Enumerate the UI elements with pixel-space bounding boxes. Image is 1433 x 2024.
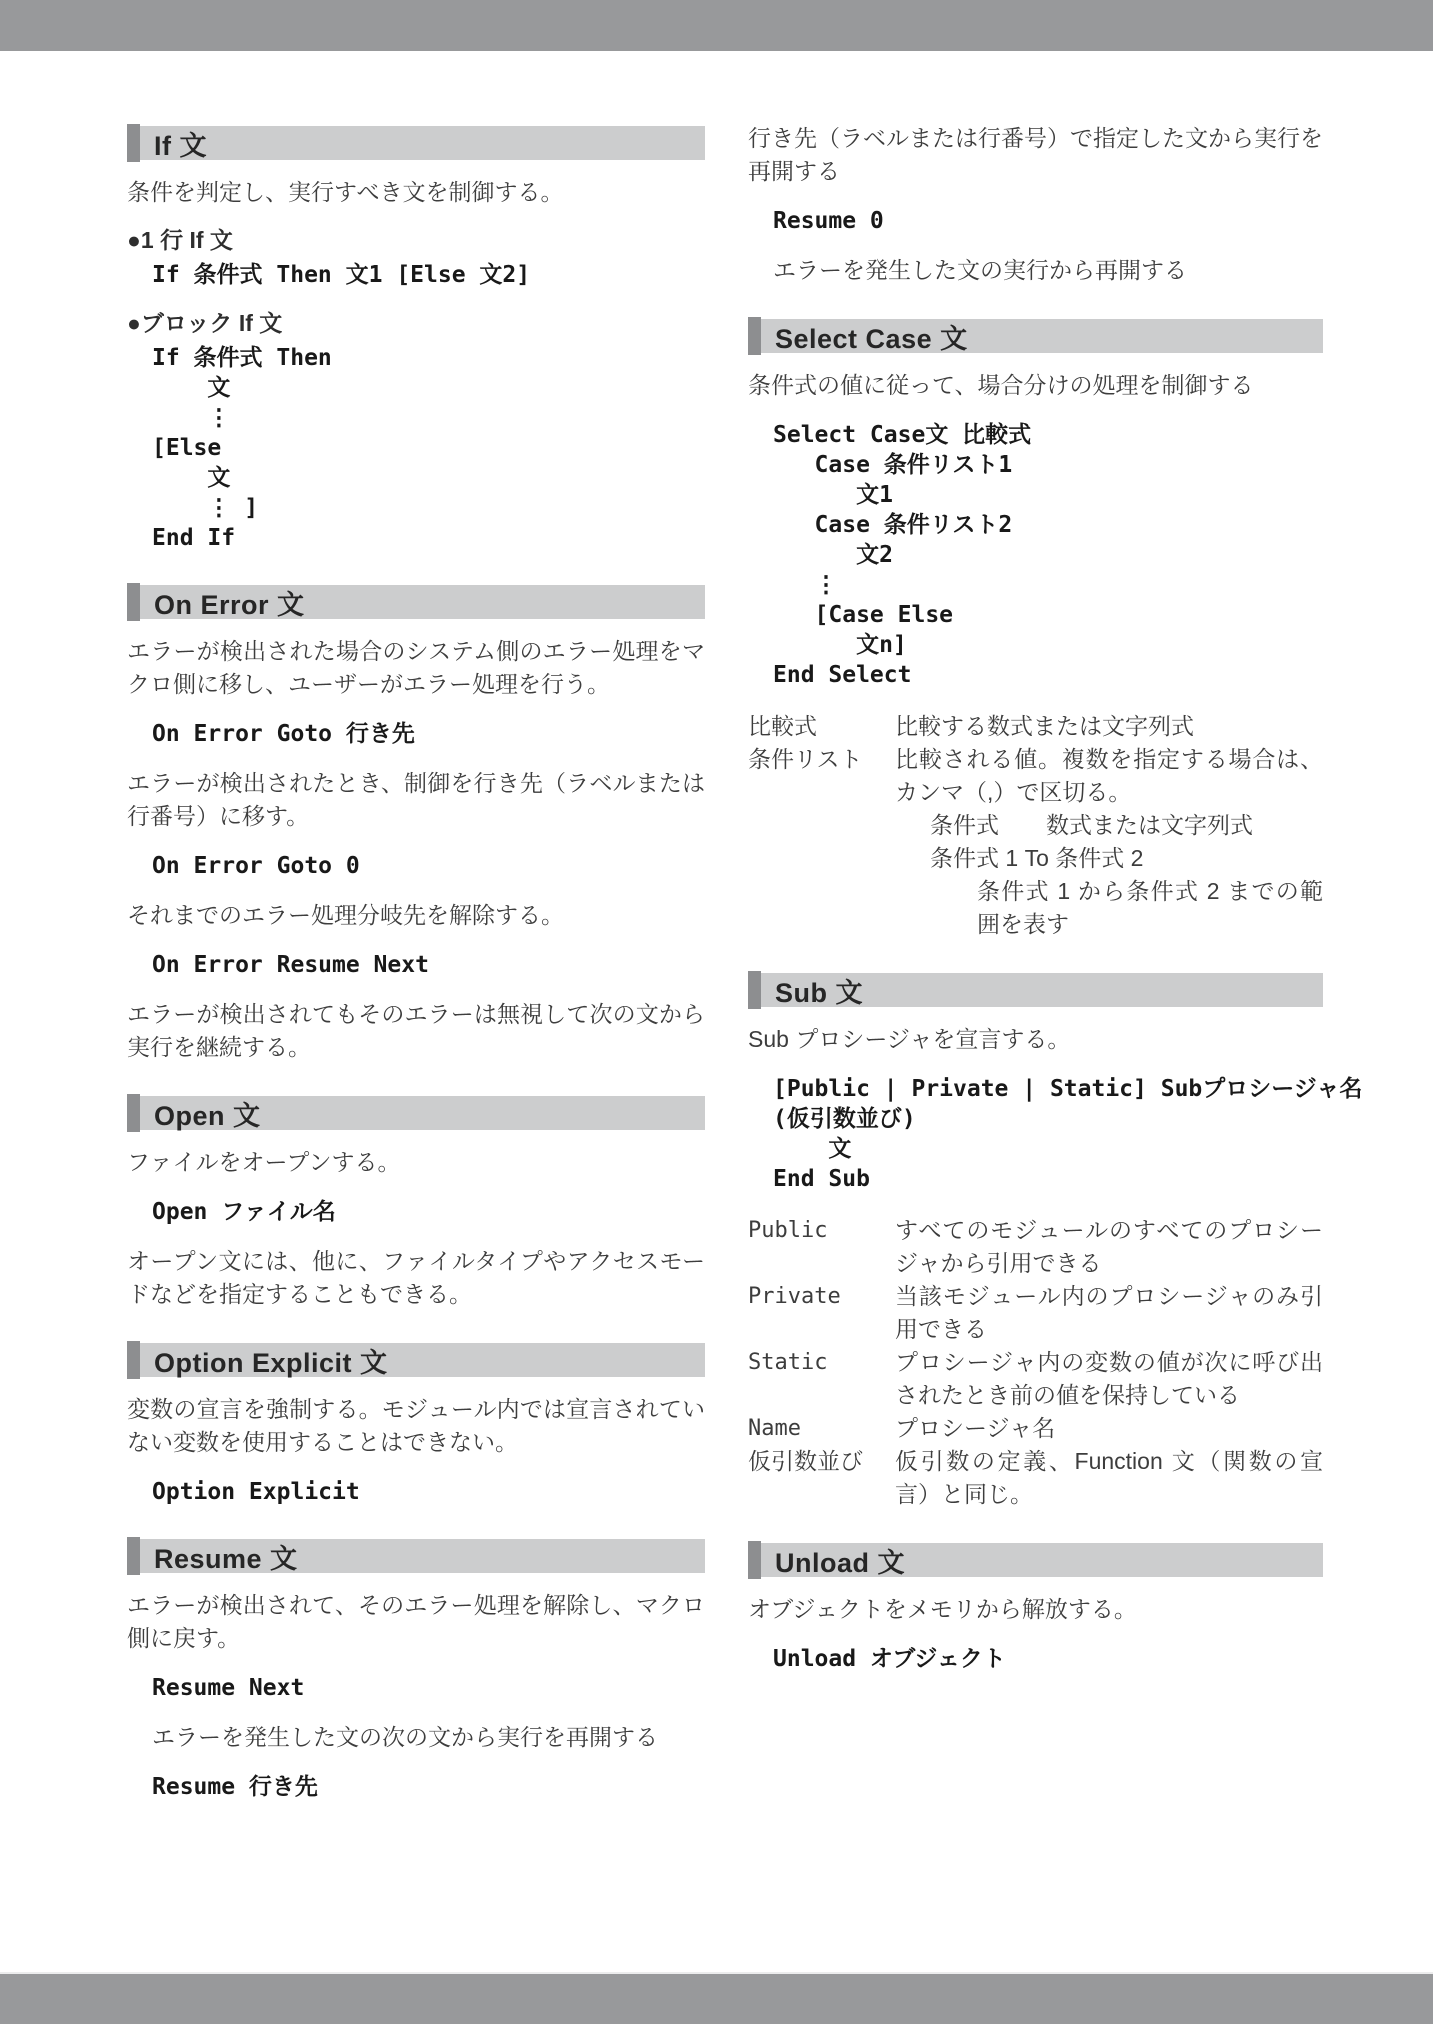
definition-row-private: Private 当該モジュール内のプロシージャのみ引用できる [748, 1280, 1323, 1346]
definition-desc: 比較する数式または文字列式 [895, 710, 1323, 743]
section-accent-icon [127, 1537, 140, 1575]
section-header-resume: Resume 文 [127, 1539, 705, 1573]
paragraph-resume-next-desc: エラーを発生した文の次の文から実行を再開する [152, 1721, 705, 1754]
section-header-select-case: Select Case 文 [748, 319, 1323, 353]
section-title-unload: Unload 文 [775, 1541, 905, 1580]
section-accent-icon [748, 317, 761, 355]
page-top-band [0, 0, 1433, 51]
code-block-on-error-goto: On Error Goto 行き先 [152, 719, 705, 749]
section-title-sub: Sub 文 [775, 971, 863, 1010]
bullet-item-block-if: ●ブロック If 文 [127, 308, 705, 338]
definition-term: Name [748, 1412, 895, 1445]
section-header-option-explicit: Option Explicit 文 [127, 1343, 705, 1377]
paragraph-sub-desc: Sub プロシージャを宣言する。 [748, 1023, 1323, 1056]
section-accent-icon [748, 971, 761, 1009]
paragraph-open-note: オープン文には、他に、ファイルタイプやアクセスモードなどを指定することもできる。 [127, 1245, 705, 1311]
definition-term: Private [748, 1280, 895, 1313]
section-title-select-case: Select Case 文 [775, 317, 968, 356]
section-title-option-explicit: Option Explicit 文 [154, 1341, 388, 1380]
paragraph-resume-0-desc: エラーを発生した文の実行から再開する [773, 254, 1323, 287]
definition-term: 条件リスト [748, 743, 895, 776]
code-block-on-error-resume-next: On Error Resume Next [152, 950, 705, 980]
code-block-select-case: Select Case文 比較式 Case 条件リスト1 文1 Case 条件リ… [773, 420, 1323, 690]
code-block-if-single: If 条件式 Then 文1 [Else 文2] [152, 260, 705, 290]
section-accent-icon [127, 1341, 140, 1379]
definition-term: Static [748, 1346, 895, 1379]
section-accent-icon [748, 1541, 761, 1579]
code-block-option-explicit: Option Explicit [152, 1477, 705, 1507]
section-header-unload: Unload 文 [748, 1543, 1323, 1577]
definition-term: Public [748, 1214, 895, 1247]
code-block-open: Open ファイル名 [152, 1197, 705, 1227]
definition-row-static: Static プロシージャ内の変数の値が次に呼び出されたとき前の値を保持している [748, 1346, 1323, 1412]
left-column: If 文 条件を判定し、実行すべき文を制御する。 ●1 行 If 文 If 条件… [127, 51, 705, 1820]
code-block-resume-dest: Resume 行き先 [152, 1772, 705, 1802]
code-block-unload: Unload オブジェクト [773, 1644, 1323, 1674]
definition-desc: プロシージャ名 [895, 1412, 1323, 1445]
section-title-resume: Resume 文 [154, 1537, 298, 1576]
definition-desc: 比較される値。複数を指定する場合は、カンマ（,）で区切る。 条件式 数式または文… [895, 743, 1323, 941]
paragraph-option-explicit-desc: 変数の宣言を強制する。モジュール内では宣言されていない変数を使用することはできな… [127, 1393, 705, 1459]
definition-desc: プロシージャ内の変数の値が次に呼び出されたとき前の値を保持している [895, 1346, 1323, 1412]
definition-sub-term: 条件式 [930, 809, 1046, 842]
paragraph-on-error-desc: エラーが検出された場合のシステム側のエラー処理をマクロ側に移し、ユーザーがエラー… [127, 635, 705, 701]
definition-desc: 仮引数の定義、Function 文（関数の宣言）と同じ。 [895, 1445, 1323, 1511]
section-accent-icon [127, 583, 140, 621]
section-accent-icon [127, 124, 140, 162]
definition-row-hikakushiki: 比較式 比較する数式または文字列式 [748, 710, 1323, 743]
right-column: 行き先（ラベルまたは行番号）で指定した文から実行を再開する Resume 0 エ… [748, 51, 1323, 1692]
definition-desc: すべてのモジュールのすべてのプロシージャから引用できる [895, 1214, 1323, 1280]
definition-term: 仮引数並び [748, 1445, 895, 1478]
section-header-open: Open 文 [127, 1096, 705, 1130]
section-title-open: Open 文 [154, 1094, 261, 1133]
paragraph-on-error-resume-next-desc: エラーが検出されてもそのエラーは無視して次の文から実行を継続する。 [127, 998, 705, 1064]
section-header-if: If 文 [127, 126, 705, 160]
definition-list-select-case: 比較式 比較する数式または文字列式 条件リスト 比較される値。複数を指定する場合… [748, 710, 1323, 941]
paragraph-on-error-goto-desc: エラーが検出されたとき、制御を行き先（ラベルまたは行番号）に移す。 [127, 767, 705, 833]
section-accent-icon [127, 1094, 140, 1132]
paragraph-resume-desc: エラーが検出されて、そのエラー処理を解除し、マクロ側に戻す。 [127, 1589, 705, 1655]
definition-desc-text: 比較される値。複数を指定する場合は、カンマ（,）で区切る。 [895, 746, 1323, 805]
page-bottom-band [0, 1972, 1433, 2024]
definition-row-kari-hikisu: 仮引数並び 仮引数の定義、Function 文（関数の宣言）と同じ。 [748, 1445, 1323, 1511]
paragraph-select-case-desc: 条件式の値に従って、場合分けの処理を制御する [748, 369, 1323, 402]
definition-subline-range: 条件式 1 To 条件式 2 [895, 842, 1323, 875]
paragraph-on-error-goto-0-desc: それまでのエラー処理分岐先を解除する。 [127, 899, 705, 932]
paragraph-open-desc: ファイルをオープンする。 [127, 1146, 705, 1179]
definition-row-name: Name プロシージャ名 [748, 1412, 1323, 1445]
code-block-sub: [Public | Private | Static] Subプロシージャ名 (… [773, 1074, 1323, 1194]
paragraph-unload-desc: オブジェクトをメモリから解放する。 [748, 1593, 1323, 1626]
definition-list-sub: Public すべてのモジュールのすべてのプロシージャから引用できる Priva… [748, 1214, 1323, 1511]
section-title-if: If 文 [154, 124, 207, 163]
section-title-on-error: On Error 文 [154, 583, 305, 622]
definition-sub-desc: 数式または文字列式 [1046, 809, 1253, 842]
document-page: If 文 条件を判定し、実行すべき文を制御する。 ●1 行 If 文 If 条件… [0, 51, 1433, 1972]
code-block-on-error-goto-0: On Error Goto 0 [152, 851, 705, 881]
paragraph-resume-dest-desc: 行き先（ラベルまたは行番号）で指定した文から実行を再開する [748, 122, 1323, 188]
definition-subdesc-range: 条件式 1 から条件式 2 までの範囲を表す [895, 875, 1323, 941]
definition-row-joken-list: 条件リスト 比較される値。複数を指定する場合は、カンマ（,）で区切る。 条件式 … [748, 743, 1323, 941]
code-block-if-block: If 条件式 Then 文 ⋮ [Else 文 ⋮ ] End If [152, 343, 705, 553]
code-block-resume-next: Resume Next [152, 1673, 705, 1703]
definition-desc: 当該モジュール内のプロシージャのみ引用できる [895, 1280, 1323, 1346]
section-header-sub: Sub 文 [748, 973, 1323, 1007]
definition-row-public: Public すべてのモジュールのすべてのプロシージャから引用できる [748, 1214, 1323, 1280]
definition-term: 比較式 [748, 710, 895, 743]
paragraph-if-desc: 条件を判定し、実行すべき文を制御する。 [127, 176, 705, 209]
section-header-on-error: On Error 文 [127, 585, 705, 619]
definition-subrow-jokenshiki: 条件式 数式または文字列式 [895, 809, 1323, 842]
code-block-resume-0: Resume 0 [773, 206, 1323, 236]
bullet-item-single-line-if: ●1 行 If 文 [127, 225, 705, 255]
